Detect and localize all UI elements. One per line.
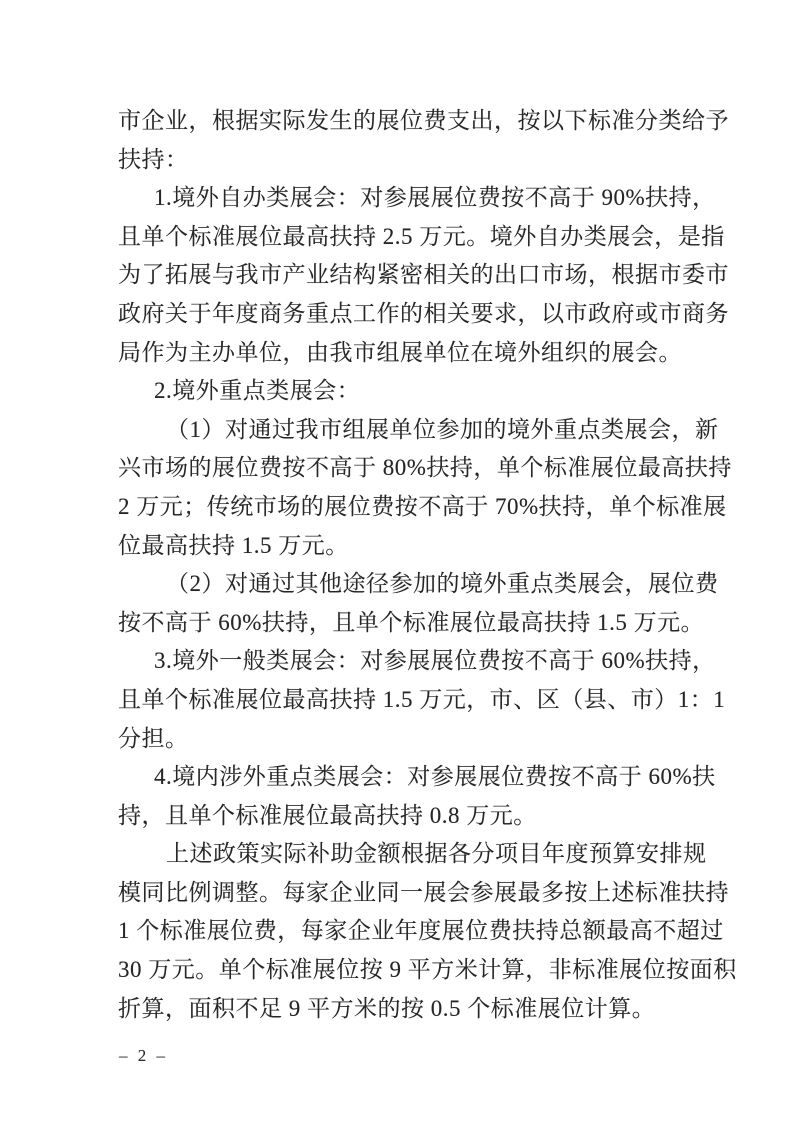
text-line: 2 万元；传统市场的展位费按不高于 70%扶持，单个标准展 (118, 488, 685, 527)
text-line: 3.境外一般类展会：对参展展位费按不高于 60%扶持， (118, 642, 685, 681)
text-line: 分担。 (118, 720, 685, 759)
text-line: 上述政策实际补助金额根据各分项目年度预算安排规 (118, 835, 685, 874)
text-line: 模同比例调整。每家企业同一展会参展最多按上述标准扶持 (118, 874, 685, 913)
text-line: 且单个标准展位最高扶持 2.5 万元。境外自办类展会，是指 (118, 218, 685, 257)
text-line: 30 万元。单个标准展位按 9 平方米计算，非标准展位按面积 (118, 951, 685, 990)
text-line: 1.境外自办类展会：对参展展位费按不高于 90%扶持， (118, 179, 685, 218)
text-line: 位最高扶持 1.5 万元。 (118, 527, 685, 566)
text-line: 4.境内涉外重点类展会：对参展展位费按不高于 60%扶 (118, 758, 685, 797)
text-line: 折算，面积不足 9 平方米的按 0.5 个标准展位计算。 (118, 990, 685, 1029)
document-body: 市企业，根据实际发生的展位费支出，按以下标准分类给予 扶持： 1.境外自办类展会… (118, 102, 685, 1028)
text-line: （2）对通过其他途径参加的境外重点类展会，展位费 (118, 565, 685, 604)
text-line: 按不高于 60%扶持，且单个标准展位最高扶持 1.5 万元。 (118, 604, 685, 643)
text-line: 且单个标准展位最高扶持 1.5 万元，市、区（县、市）1：1 (118, 681, 685, 720)
text-line: 市企业，根据实际发生的展位费支出，按以下标准分类给予 (118, 102, 685, 141)
document-page: 市企业，根据实际发生的展位费支出，按以下标准分类给予 扶持： 1.境外自办类展会… (0, 0, 800, 1131)
text-line: 兴市场的展位费按不高于 80%扶持，单个标准展位最高扶持 (118, 449, 685, 488)
text-line: 政府关于年度商务重点工作的相关要求，以市政府或市商务 (118, 295, 685, 334)
text-line: 扶持： (118, 141, 685, 180)
text-line: 持，且单个标准展位最高扶持 0.8 万元。 (118, 797, 685, 836)
text-line: 2.境外重点类展会： (118, 372, 685, 411)
text-line: 为了拓展与我市产业结构紧密相关的出口市场，根据市委市 (118, 256, 685, 295)
text-line: 1 个标准展位费，每家企业年度展位费扶持总额最高不超过 (118, 912, 685, 951)
page-number: – 2 – (119, 1046, 168, 1066)
text-line: （1）对通过我市组展单位参加的境外重点类展会，新 (118, 411, 685, 450)
text-line: 局作为主办单位，由我市组展单位在境外组织的展会。 (118, 334, 685, 373)
